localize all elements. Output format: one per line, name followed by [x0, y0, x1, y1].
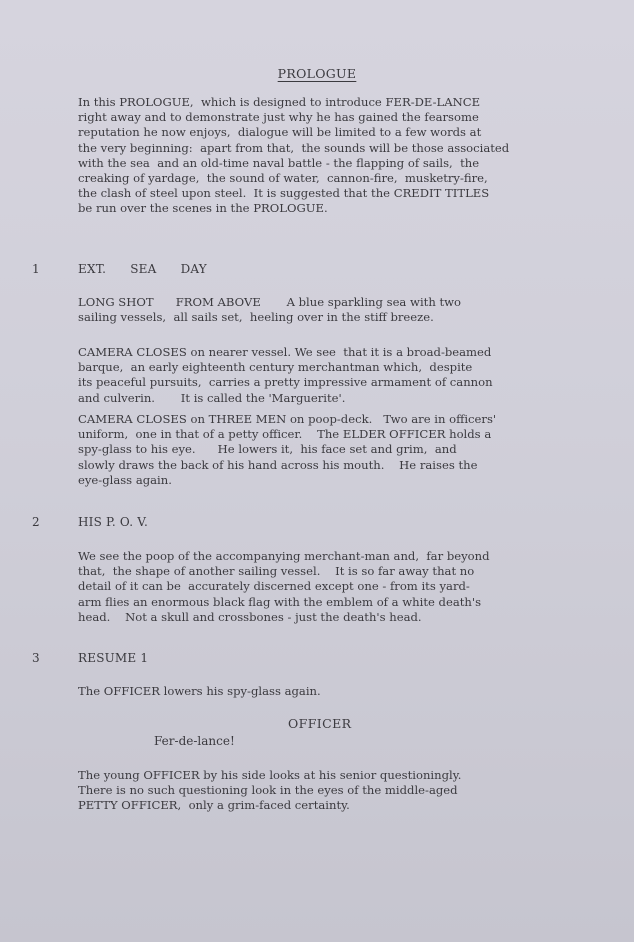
script-page: PROLOGUE In this PROLOGUE, which is desi…: [0, 0, 634, 942]
page-title: PROLOGUE: [0, 66, 634, 81]
scene-heading: RESUME 1: [78, 651, 148, 665]
title-text: PROLOGUE: [278, 66, 357, 81]
action-paragraph: We see the poop of the accompanying merc…: [78, 549, 618, 625]
action-paragraph: The OFFICER lowers his spy-glass again.: [78, 684, 618, 699]
scene-heading: HIS P. O. V.: [78, 515, 148, 529]
character-name: OFFICER: [288, 716, 351, 731]
action-paragraph: CAMERA CLOSES on THREE MEN on poop-deck.…: [78, 412, 618, 488]
scene-number: 1: [32, 262, 40, 276]
scene-number: 2: [32, 515, 40, 529]
action-paragraph: CAMERA CLOSES on nearer vessel. We see t…: [78, 345, 618, 406]
scene-heading: EXT. SEA DAY: [78, 262, 207, 276]
action-paragraph: LONG SHOT FROM ABOVE A blue sparkling se…: [78, 295, 618, 325]
scene-number: 3: [32, 651, 40, 665]
intro-paragraph: In this PROLOGUE, which is designed to i…: [78, 95, 618, 217]
action-paragraph: The young OFFICER by his side looks at h…: [78, 768, 618, 814]
dialogue-line: Fer-de-lance!: [154, 734, 235, 748]
